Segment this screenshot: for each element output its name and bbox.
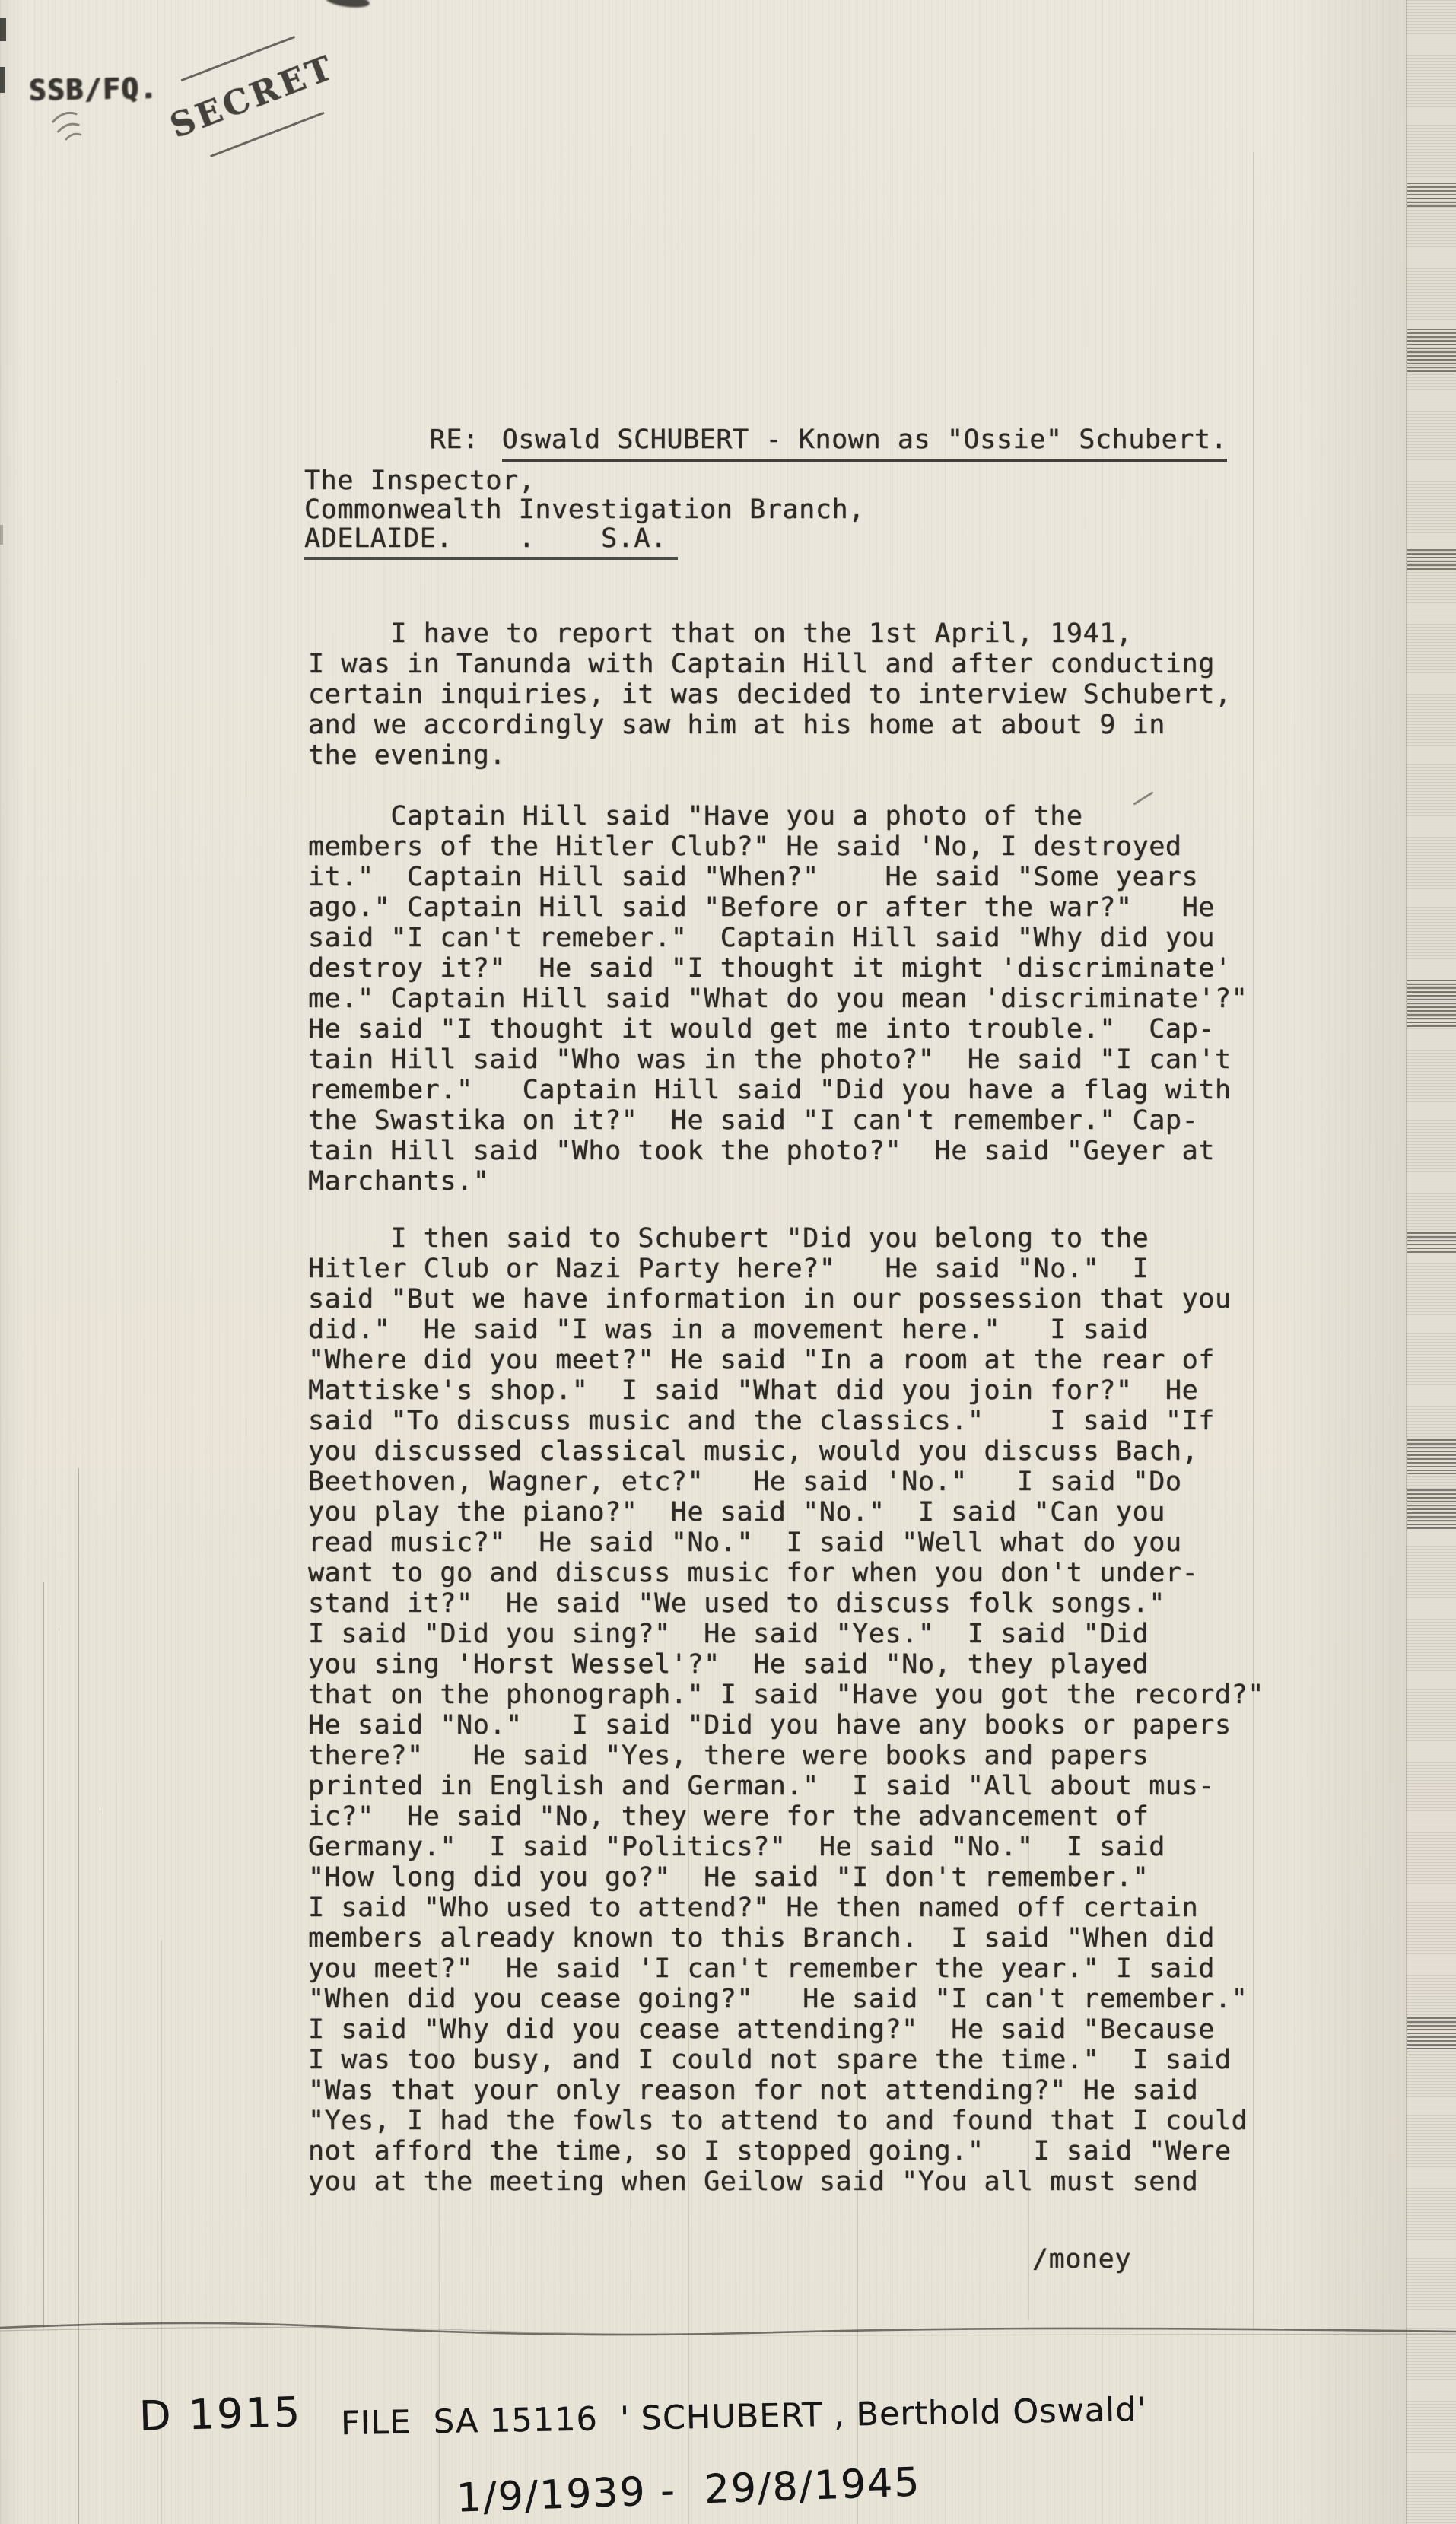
typed-line: He said "No." I said "Did you have any b… [308, 1710, 1264, 1740]
continuation-marker: /money [1032, 2244, 1131, 2274]
typed-line: tain Hill said "Who took the photo?" He … [308, 1136, 1248, 1166]
print-bleed-cluster [1407, 1489, 1456, 1529]
addressee-role: The Inspector, [304, 466, 865, 494]
print-bleed-cluster [1407, 183, 1456, 207]
typed-line: printed in English and German." I said "… [308, 1771, 1264, 1801]
print-bleed-cluster [1407, 549, 1456, 572]
typed-line: the Swastika on it?" He said "I can't re… [308, 1105, 1248, 1136]
typed-line: "How long did you go?" He said "I don't … [308, 1862, 1264, 1893]
secret-stamp-label: SECRET [165, 47, 340, 145]
ink-smudge [325, 0, 370, 9]
typed-line: it." Captain Hill said "When?" He said "… [308, 862, 1248, 892]
crease-line [100, 1810, 100, 2524]
print-bleed-cluster [1407, 329, 1456, 373]
typed-line: read music?" He said "No." I said "Well … [308, 1527, 1264, 1558]
addressee-city: ADELAIDE. . S.A. [304, 523, 865, 552]
typed-line: members of the Hitler Club?" He said 'No… [308, 831, 1248, 862]
typed-line: Captain Hill said "Have you a photo of t… [308, 801, 1248, 831]
typed-line: Marchants." [308, 1166, 1248, 1197]
typed-line: I have to report that on the 1st April, … [308, 618, 1232, 649]
addressee-block: The Inspector, Commonwealth Investigatio… [304, 466, 865, 552]
typed-line: Hitler Club or Nazi Party here?" He said… [308, 1254, 1264, 1284]
handwritten-item-number: D 1915 [138, 2388, 303, 2440]
typed-line: I said "Did you sing?" He said "Yes." I … [308, 1619, 1264, 1649]
typed-line: "Yes, I had the fowls to attend to and f… [308, 2106, 1264, 2136]
typed-line: you discussed classical music, would you… [308, 1436, 1264, 1467]
edge-mark [0, 18, 6, 41]
typed-line: tain Hill said "Who was in the photo?" H… [308, 1044, 1248, 1075]
crease-line [78, 1468, 79, 2524]
edge-mark [0, 67, 5, 93]
crease-line [43, 1582, 44, 2328]
typed-line: me." Captain Hill said "What do you mean… [308, 984, 1248, 1014]
typed-line: you meet?" He said 'I can't remember the… [308, 1953, 1264, 1984]
typed-line: I said "Who used to attend?" He then nam… [308, 1893, 1264, 1923]
subject-prefix: RE: [430, 424, 479, 455]
typed-line: want to go and discuss music for when yo… [308, 1558, 1264, 1588]
typed-line: Mattiske's shop." I said "What did you j… [308, 1375, 1264, 1406]
typed-line: I said "Why did you cease attending?" He… [308, 2014, 1264, 2045]
handwritten-file-title: FILE SA 15116 ' SCHUBERT , Berthold Oswa… [341, 2391, 1147, 2443]
typed-line: "When did you cease going?" He said "I c… [308, 1984, 1264, 2014]
typed-line: said "But we have information in our pos… [308, 1284, 1264, 1314]
print-bleed-cluster [1407, 980, 1456, 1027]
typed-line: did." He said "I was in a movement here.… [308, 1314, 1264, 1345]
handwritten-date-range: 1/9/1939 - 29/8/1945 [456, 2459, 921, 2521]
typed-line: destroy it?" He said "I thought it might… [308, 953, 1248, 984]
typed-line: said "I can't remeber." Captain Hill sai… [308, 923, 1248, 953]
typed-line: "Where did you meet?" He said "In a room… [308, 1345, 1264, 1375]
addressee-org: Commonwealth Investigation Branch, [304, 494, 865, 523]
typed-line: members already known to this Branch. I … [308, 1923, 1264, 1953]
typed-line: the evening. [308, 740, 1232, 771]
typed-line: Germany." I said "Politics?" He said "No… [308, 1832, 1264, 1862]
document-scan: SSB/FQ. SECRET RE:Oswald SCHUBERT - Know… [0, 0, 1456, 2524]
typed-line: there?" He said "Yes, there were books a… [308, 1740, 1264, 1771]
typed-line: ago." Captain Hill said "Before or after… [308, 892, 1248, 923]
typed-line: remember." Captain Hill said "Did you ha… [308, 1075, 1248, 1105]
typed-line: said "To discuss music and the classics.… [308, 1406, 1264, 1436]
typed-line: Beethoven, Wagner, etc?" He said 'No." I… [308, 1467, 1264, 1497]
typed-line: I was in Tanunda with Captain Hill and a… [308, 649, 1232, 679]
typed-line: you at the meeting when Geilow said "You… [308, 2166, 1264, 2197]
adjacent-page-edge [1406, 0, 1456, 2524]
typed-line: I was too busy, and I could not spare th… [308, 2045, 1264, 2075]
typed-line: that on the phonograph." I said "Have yo… [308, 1680, 1264, 1710]
subject-title: Oswald SCHUBERT - Known as "Ossie" Schub… [502, 424, 1228, 462]
print-bleed-cluster [1407, 2017, 1456, 2052]
typed-line: and we accordingly saw him at his home a… [308, 710, 1232, 740]
secret-stamp: SECRET [181, 36, 325, 157]
typed-line: He said "I thought it would get me into … [308, 1014, 1248, 1044]
typed-line: not afford the time, so I stopped going.… [308, 2136, 1264, 2166]
print-bleed-cluster [1407, 1232, 1456, 1254]
report-paragraph-1: I have to report that on the 1st April, … [308, 618, 1232, 771]
crease-line [59, 1628, 59, 2524]
typed-line: you play the piano?" He said "No." I sai… [308, 1497, 1264, 1527]
print-bleed-cluster [1407, 1439, 1456, 1474]
crease-line [116, 380, 116, 2328]
typed-line: I then said to Schubert "Did you belong … [308, 1223, 1264, 1254]
typed-line: stand it?" He said "We used to discuss f… [308, 1588, 1264, 1619]
page-bottom-edge [0, 2314, 1456, 2348]
edge-mark [0, 525, 3, 545]
report-paragraph-3: I then said to Schubert "Did you belong … [308, 1223, 1264, 2197]
typed-line: certain inquiries, it was decided to int… [308, 679, 1232, 710]
typed-line: you sing 'Horst Wessel'?" He said "No, t… [308, 1649, 1264, 1680]
typed-line: ic?" He said "No, they were for the adva… [308, 1801, 1264, 1832]
typed-line: "Was that your only reason for not atten… [308, 2075, 1264, 2106]
report-paragraph-2: Captain Hill said "Have you a photo of t… [308, 801, 1248, 1197]
